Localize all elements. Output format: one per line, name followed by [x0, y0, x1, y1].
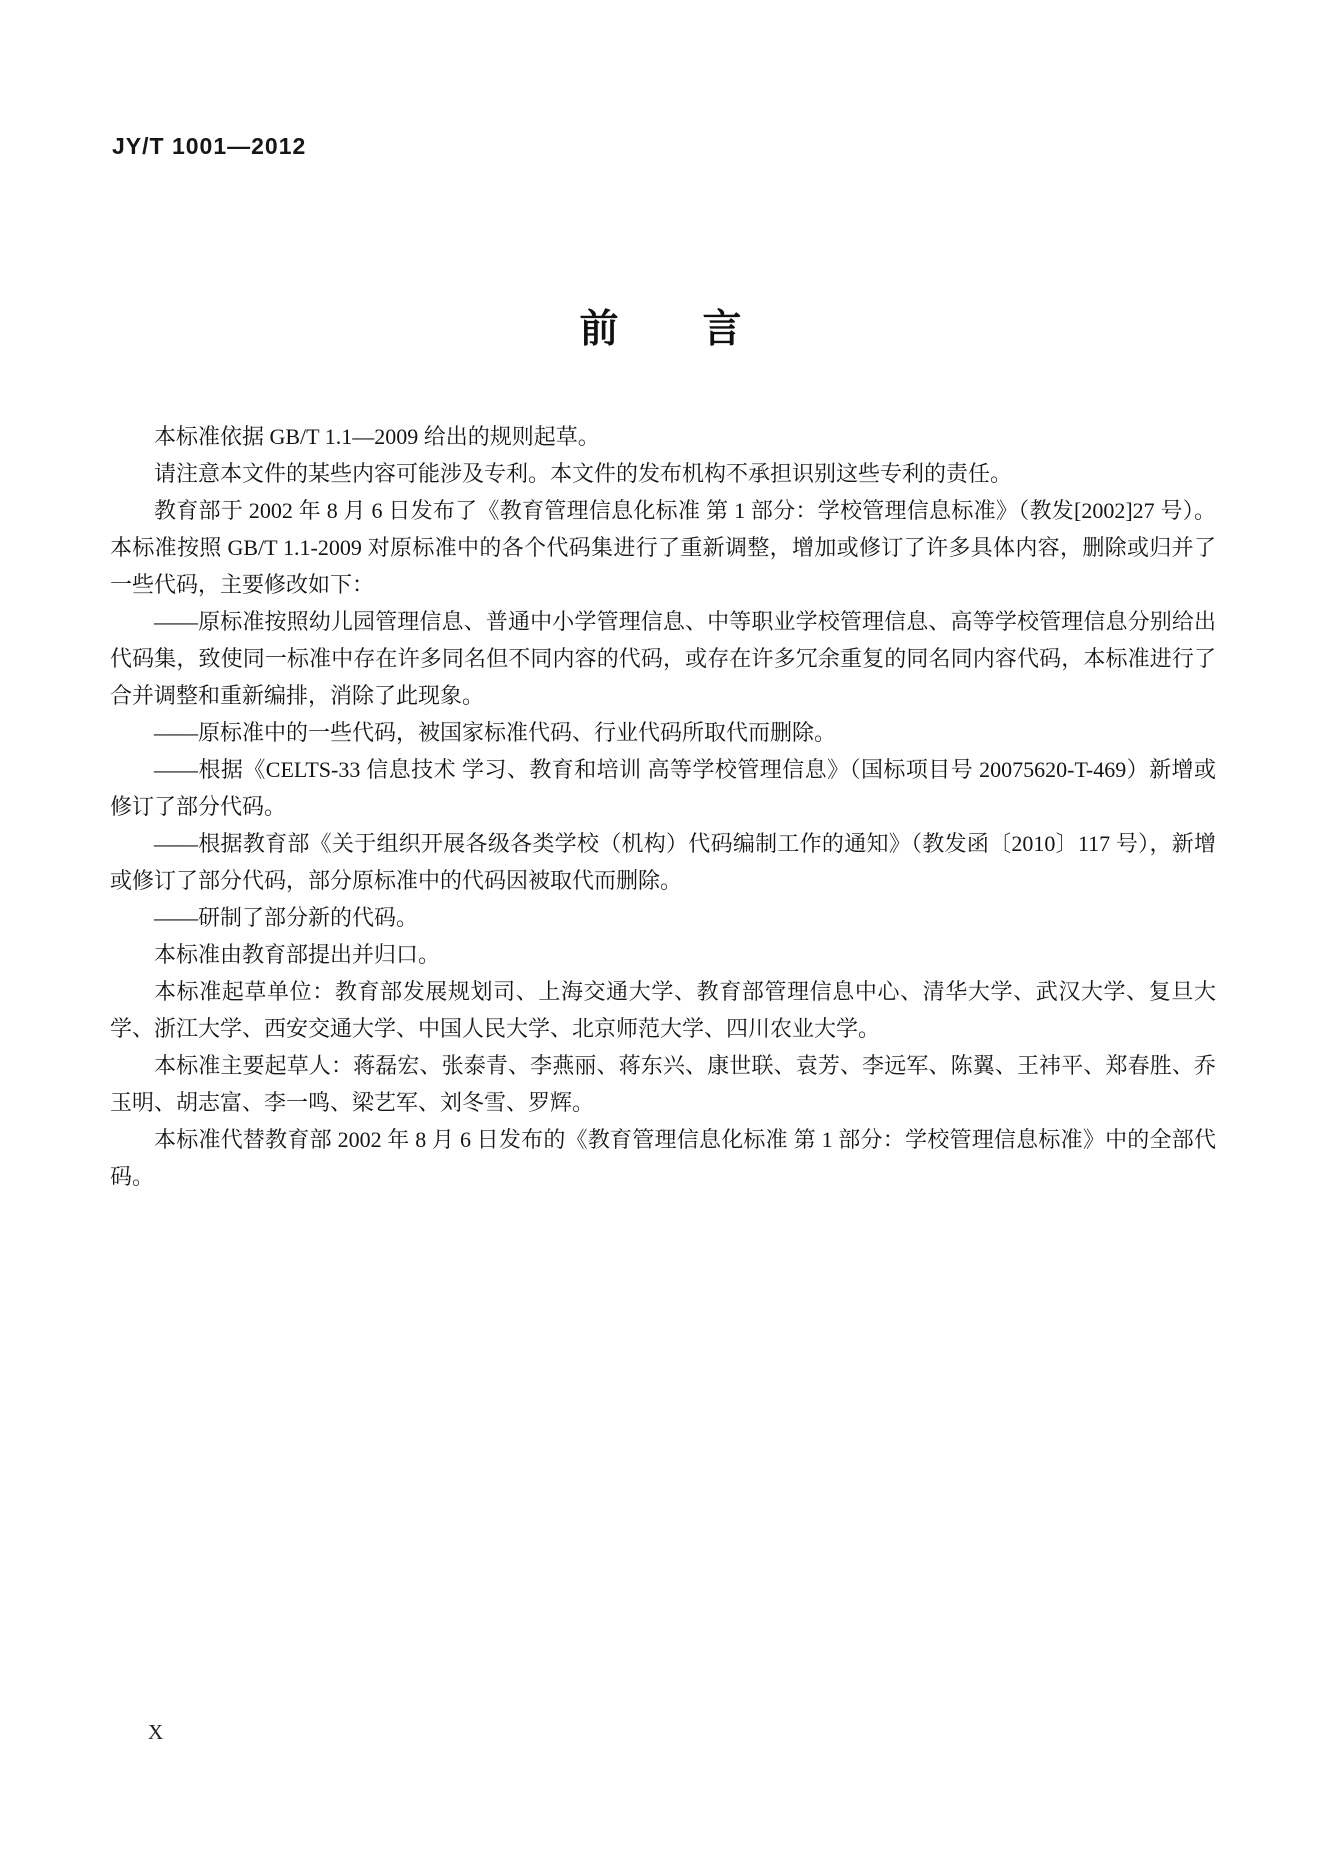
foreword-body: 本标准依据 GB/T 1.1—2009 给出的规则起草。 请注意本文件的某些内容… [110, 418, 1216, 1195]
paragraph: 本标准主要起草人：蒋磊宏、张泰青、李燕丽、蒋东兴、康世联、袁芳、李远军、陈翼、王… [110, 1047, 1216, 1121]
paragraph: ——根据教育部《关于组织开展各级各类学校（机构）代码编制工作的通知》（教发函〔2… [110, 825, 1216, 899]
paragraph: ——研制了部分新的代码。 [110, 899, 1216, 936]
standard-number: JY/T 1001—2012 [112, 133, 306, 160]
paragraph: 本标准由教育部提出并归口。 [110, 936, 1216, 973]
paragraph: ——原标准中的一些代码，被国家标准代码、行业代码所取代而删除。 [110, 714, 1216, 751]
paragraph: 请注意本文件的某些内容可能涉及专利。本文件的发布机构不承担识别这些专利的责任。 [110, 455, 1216, 492]
page-title: 前 言 [0, 298, 1323, 354]
paragraph: ——根据《CELTS-33 信息技术 学习、教育和培训 高等学校管理信息》（国标… [110, 751, 1216, 825]
paragraph: 本标准代替教育部 2002 年 8 月 6 日发布的《教育管理信息化标准 第 1… [110, 1121, 1216, 1195]
page-number: X [148, 1720, 163, 1745]
paragraph: 教育部于 2002 年 8 月 6 日发布了《教育管理信息化标准 第 1 部分：… [110, 492, 1216, 603]
paragraph: 本标准依据 GB/T 1.1—2009 给出的规则起草。 [110, 418, 1216, 455]
document-page: JY/T 1001—2012 前 言 本标准依据 GB/T 1.1—2009 给… [0, 0, 1323, 1871]
paragraph: ——原标准按照幼儿园管理信息、普通中小学管理信息、中等职业学校管理信息、高等学校… [110, 603, 1216, 714]
paragraph: 本标准起草单位：教育部发展规划司、上海交通大学、教育部管理信息中心、清华大学、武… [110, 973, 1216, 1047]
